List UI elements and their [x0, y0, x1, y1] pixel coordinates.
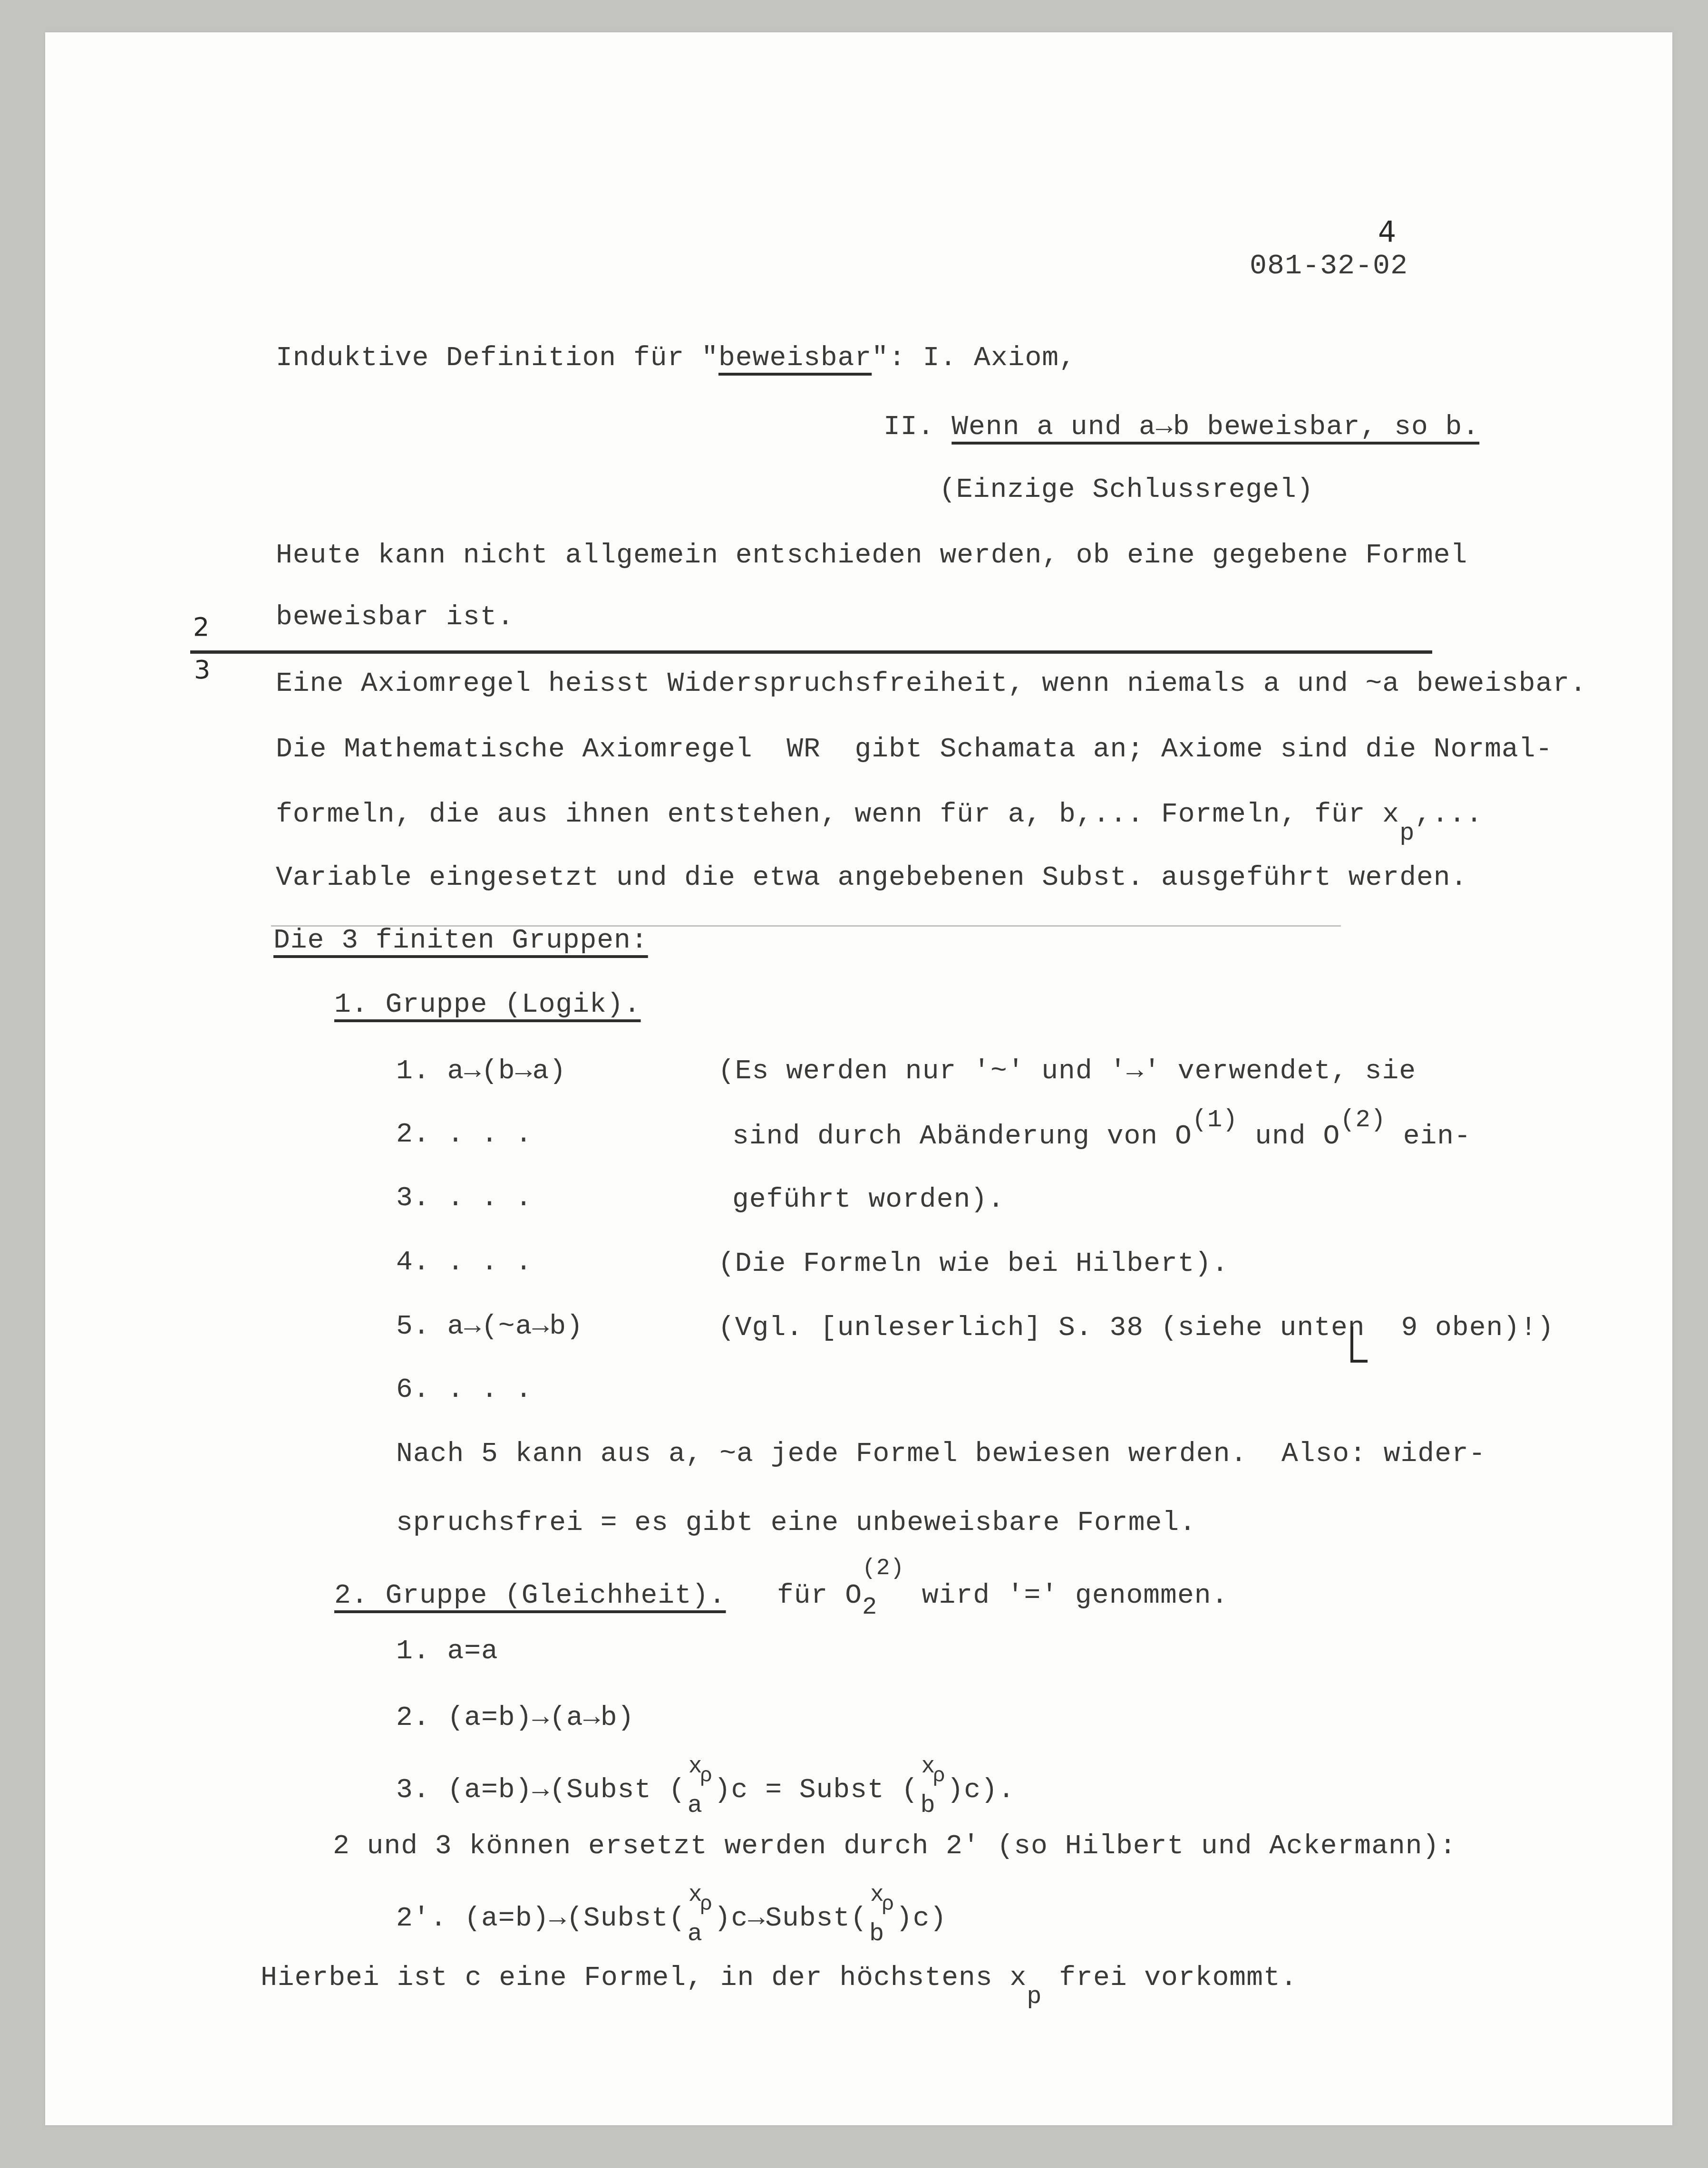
paragraph-2-line-2: Die Mathematische Axiomregel WR gibt Sch…	[276, 736, 1553, 764]
item-formula: a→(~a→b)	[447, 1311, 583, 1342]
quote-open: "	[701, 343, 718, 374]
item-formula: . . .	[447, 1183, 532, 1214]
subscript-p: p	[1399, 819, 1415, 847]
group-1-item-3: 3. . . .	[396, 1185, 532, 1212]
reference-number: 081-32-02	[1250, 252, 1408, 281]
groups-heading: Die 3 finiten Gruppen:	[273, 927, 648, 955]
item-formula: )c).	[947, 1775, 1015, 1806]
note-text: (Vgl. [unleserlich] S. 38 (siehe unten	[718, 1313, 1382, 1344]
final-text: Hierbei ist c eine Formel, in der höchst…	[261, 1963, 1027, 1994]
definition-line: Induktive Definition für "beweisbar": I.…	[276, 345, 1076, 372]
item-formula: . . .	[447, 1247, 532, 1278]
item-number: 1.	[396, 1636, 430, 1667]
index-rho: ρ	[700, 1766, 713, 1787]
note-text: und O	[1238, 1121, 1340, 1152]
definition-lead: Induktive Definition für	[276, 343, 701, 374]
group-2-item-1: 1. a=a	[396, 1638, 498, 1665]
item-formula: )c)	[896, 1903, 947, 1934]
item-formula: a=a	[447, 1636, 498, 1667]
rule-note: (Einzige Schlussregel)	[939, 476, 1314, 504]
note-text: ein-	[1386, 1121, 1471, 1152]
item-number: 3.	[396, 1775, 430, 1806]
superscript-1: (1)	[1192, 1106, 1238, 1134]
superscript-2: (2)	[1340, 1106, 1386, 1134]
group-1-note-1: (Es werden nur '~' und '→' verwendet, si…	[718, 1058, 1416, 1085]
group-1-item-2: 2. . . .	[396, 1121, 532, 1149]
rule-inference-line: II. Wenn a und a→b beweisbar, so b.	[883, 414, 1479, 441]
group-1-note-3: geführt worden).	[732, 1186, 1005, 1214]
group-1-item-1: 1. a→(b→a)	[396, 1058, 566, 1085]
paragraph-2-line-1: Eine Axiomregel heisst Widerspruchsfreih…	[276, 670, 1587, 698]
line-3-text: formeln, die aus ihnen entstehen, wenn f…	[276, 799, 1399, 830]
index-rho: ρ	[932, 1766, 945, 1787]
group-1-heading: 1. Gruppe (Logik).	[334, 991, 641, 1019]
paragraph-1-line-1: Heute kann nicht allgemein entschieden w…	[276, 542, 1467, 570]
item-formula: a→(b→a)	[447, 1056, 566, 1087]
group-1-note-5: (Vgl. [unleserlich] S. 38 (siehe unten 9…	[718, 1315, 1554, 1342]
group-1-conclusion-2: spruchsfrei = es gibt eine unbeweisbare …	[396, 1510, 1196, 1537]
group-2-heading-line: 2. Gruppe (Gleichheit). für O(2)2 wird '…	[334, 1575, 1228, 1610]
item-number: 3.	[396, 1183, 430, 1214]
item-number: 4.	[396, 1247, 430, 1278]
item-number: 6.	[396, 1374, 430, 1405]
note-text: sind durch Abänderung von O	[732, 1121, 1192, 1152]
item-formula: . . .	[447, 1119, 532, 1150]
group-2-item-2: 2. (a=b)→(a→b)	[396, 1704, 634, 1732]
section-divider	[190, 650, 1432, 654]
replacement-note: 2 und 3 können ersetzt werden durch 2' (…	[333, 1833, 1456, 1860]
page-number: 4	[1378, 218, 1397, 246]
handwritten-bracket-mark	[1350, 1326, 1368, 1363]
subscript-p: p	[1027, 1983, 1042, 2011]
group-1-note-2: sind durch Abänderung von O(1) und O(2) …	[732, 1123, 1471, 1151]
index-rho: ρ	[882, 1894, 894, 1915]
item-formula: (a=b)→(Subst (	[447, 1775, 685, 1806]
note-text: 9 oben)!)	[1401, 1313, 1554, 1344]
paragraph-1-line-2: beweisbar ist.	[276, 604, 514, 631]
rule-2-number: II.	[883, 412, 951, 443]
final-remark: Hierbei ist c eine Formel, in der höchst…	[261, 1965, 1298, 1992]
group-2-item-3: 3. (a=b)→(Subst (xρa)c = Subst (xρb)c).	[396, 1770, 1015, 1804]
index-b: b	[920, 1793, 935, 1818]
group-1-item-5: 5. a→(~a→b)	[396, 1313, 583, 1341]
item-formula: )c→Subst(	[714, 1903, 867, 1934]
paragraph-2-line-3: formeln, die aus ihnen entstehen, wenn f…	[276, 801, 1483, 829]
item-number: 1.	[396, 1056, 430, 1087]
superscript-2: (2)	[862, 1557, 904, 1580]
index-b: b	[869, 1922, 884, 1946]
item-number: 2.	[396, 1703, 430, 1733]
subst-index-b: xρb	[867, 1898, 896, 1926]
item-formula: (a=b)→(Subst(	[464, 1903, 685, 1934]
paragraph-2-line-4: Variable eingesetzt und die etwa angebeb…	[276, 864, 1467, 892]
item-number: 2.	[396, 1119, 430, 1150]
rule-2-text: Wenn a und a→b beweisbar, so b.	[951, 412, 1479, 443]
item-number: 2'.	[396, 1903, 447, 1934]
index-a: a	[688, 1793, 703, 1818]
group-1-item-6: 6. . . .	[396, 1376, 532, 1404]
index-rho: ρ	[700, 1894, 713, 1915]
definition-term: beweisbar	[718, 343, 872, 374]
item-number: 5.	[396, 1311, 430, 1342]
group-2-intro-end: wird '=' genommen.	[905, 1580, 1228, 1611]
group-1-item-4: 4. . . .	[396, 1249, 532, 1277]
group-1-note-4: (Die Formeln wie bei Hilbert).	[718, 1250, 1229, 1278]
group-2-heading: 2. Gruppe (Gleichheit).	[334, 1580, 726, 1611]
index-a: a	[688, 1922, 703, 1946]
rule-axiom: I. Axiom,	[923, 343, 1076, 374]
o-index-stack: (2)2	[862, 1575, 905, 1603]
item-formula: (a=b)→(a→b)	[447, 1703, 634, 1733]
item-formula: )c = Subst (	[714, 1775, 919, 1806]
subst-index-b: xρb	[918, 1770, 947, 1797]
item-formula: . . .	[447, 1374, 532, 1405]
subst-index-a: xρa	[686, 1770, 714, 1797]
subst-index-a: xρa	[686, 1898, 714, 1926]
line-3-end: ,...	[1415, 799, 1483, 830]
group-1-conclusion-1: Nach 5 kann aus a, ~a jede Formel bewies…	[396, 1441, 1486, 1468]
group-2-item-2-prime: 2'. (a=b)→(Subst(xρa)c→Subst(xρb)c)	[396, 1898, 947, 1933]
subscript-2: 2	[862, 1595, 877, 1620]
final-text-end: frei vorkommt.	[1042, 1963, 1297, 1994]
group-2-intro: für O	[777, 1580, 862, 1611]
quote-close: ":	[872, 343, 922, 374]
margin-mark-2: 2	[193, 614, 210, 640]
margin-mark-3: 3	[194, 657, 211, 683]
